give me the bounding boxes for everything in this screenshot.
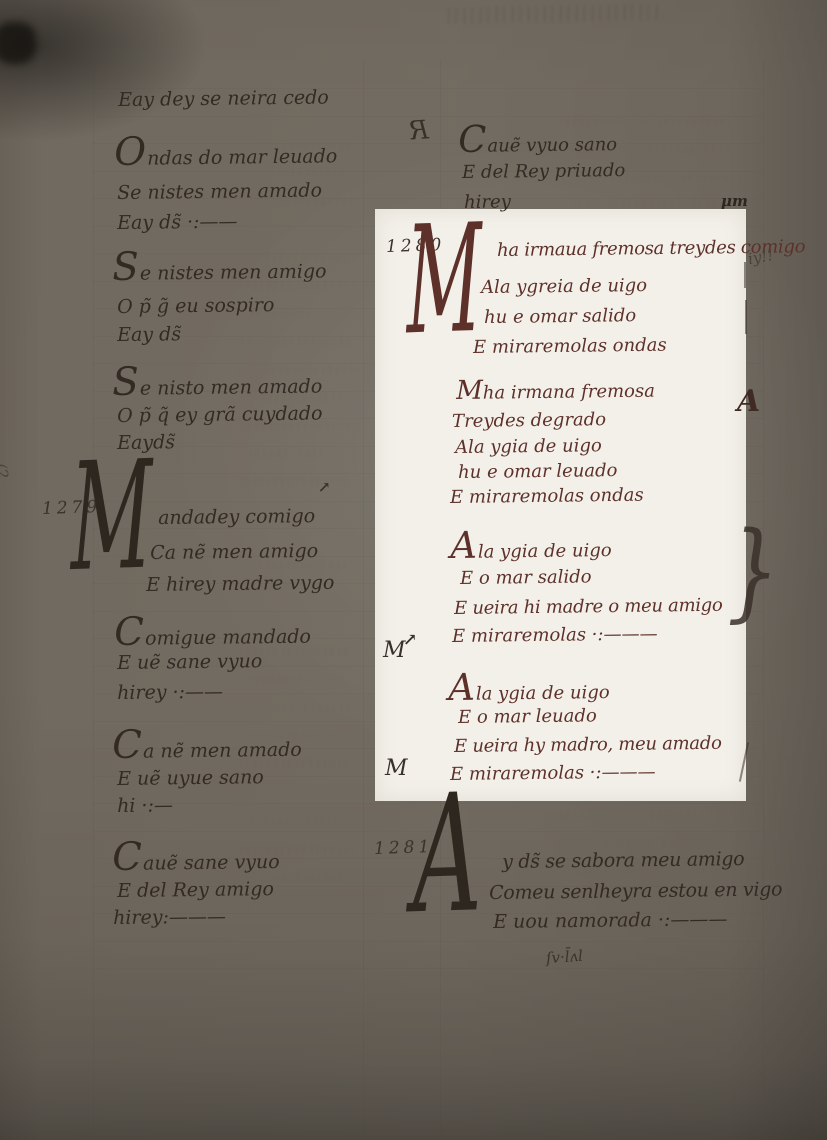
- margin-tick: [745, 300, 747, 334]
- bleedthrough-line: [242, 704, 352, 711]
- verse-line: E uou namorada ·:———: [493, 909, 728, 934]
- bleedthrough-line: [250, 170, 346, 177]
- verse-line: E ueira hi madre o meu amigo: [454, 596, 723, 620]
- verse-line: Se nistes men amado: [117, 180, 322, 204]
- bleedthrough-line: [580, 202, 730, 209]
- verse-line: Ala ygia de uigo: [448, 672, 610, 706]
- bottom-scribal-mark: ſv·l̄ʌl: [545, 947, 583, 968]
- verse-line: Mha irmana fremosa: [456, 379, 655, 405]
- bleedthrough-line: [776, 320, 816, 327]
- margin-note-iy: iy!!: [747, 246, 775, 268]
- illuminated-initial-M-1280: M: [406, 217, 482, 346]
- verse-line: E o mar leuado: [458, 706, 597, 728]
- verse-line: hu e omar salido: [484, 306, 636, 329]
- verse-line: Ala ygia de uigo: [455, 436, 602, 458]
- margin-brace: }: [727, 510, 779, 634]
- verse-line: E hirey madre vygo: [146, 573, 335, 597]
- verse-line: O p̃ q̃ ey grã cuydado: [117, 403, 323, 427]
- verse-line: Ca nẽ men amigo: [150, 541, 318, 565]
- bleedthrough-line: [250, 450, 342, 457]
- illuminated-initial-M-1279: M: [70, 453, 153, 582]
- bleedthrough-line: [250, 676, 342, 683]
- verse-line: hirey ·:——: [117, 682, 223, 705]
- faded-header-inscription: [448, 4, 663, 24]
- verse-line: Ala ygreia de uigo: [481, 276, 647, 299]
- left-edge-fragment: (2: [0, 462, 12, 480]
- illuminated-initial-A-1281: A: [412, 786, 482, 926]
- verse-line: E uẽ uyue sano: [117, 767, 264, 791]
- verse-line: hirey:———: [113, 907, 226, 930]
- pen-arrow-upper: ↗: [318, 478, 331, 496]
- verse-line: Ala ygia de uigo: [450, 530, 612, 564]
- bleedthrough-line: [242, 902, 352, 909]
- verse-line: Ondas do mar leuado: [114, 135, 337, 171]
- ruling-line: [92, 968, 764, 969]
- verse-line: E del Rey amigo: [117, 879, 274, 903]
- verse-line: Eay ds̃ ·:——: [117, 212, 238, 235]
- verse-line: E ueira hy madro, meu amado: [454, 734, 722, 758]
- verse-line: Comigue mandado: [114, 616, 311, 651]
- verse-line: O p̃ g̃ eu sospiro: [117, 295, 275, 319]
- verse-line: Treydes degrado: [452, 410, 606, 433]
- bleedthrough-line: [244, 818, 348, 825]
- manuscript-page: Eay dey se neira cedo Ondas do mar leuad…: [0, 0, 827, 1140]
- verse-line: hu e omar leuado: [458, 461, 618, 484]
- verse-line: Eay dey se neira cedo: [118, 87, 329, 111]
- gutter-letter-m-upper: M: [383, 638, 406, 663]
- column-guide-line: [363, 60, 364, 1140]
- bleedthrough-line: [572, 840, 732, 847]
- bleedthrough-line: [774, 700, 816, 707]
- margin-letter-a: A: [737, 384, 760, 419]
- verse-line: Se nistes men amigo: [112, 250, 327, 285]
- bleedthrough-line: [240, 478, 352, 485]
- pen-mark-top-right: μm: [721, 192, 748, 210]
- ruling-line: [92, 116, 764, 117]
- ruling-line: [92, 171, 764, 172]
- gutter-letter-r: R: [408, 115, 430, 146]
- verse-line: E uẽ sane vyuo: [117, 651, 262, 675]
- gutter-letter-m-lower: M: [385, 756, 408, 781]
- verse-line: E miraremolas ondas: [473, 336, 667, 359]
- verse-line: hi ·:—: [117, 795, 173, 818]
- verse-line: andadey comigo: [158, 506, 315, 530]
- verse-line: y ds̃ se sabora meu amigo: [502, 849, 744, 874]
- verse-line: Ca nẽ men amado: [112, 729, 302, 764]
- bleedthrough-line: [560, 812, 750, 819]
- page-corner-shadow: [0, 22, 36, 64]
- verse-line: Cauẽ sane vyuo: [112, 841, 280, 876]
- verse-line: E o mar salido: [460, 567, 592, 589]
- bleedthrough-line: [774, 430, 818, 437]
- verse-line: Cauẽ vyuo sano: [458, 124, 617, 158]
- verse-line: Comeu senlheyra estou en vigo: [489, 879, 782, 904]
- bleedthrough-line: [242, 338, 354, 345]
- verse-line: Eay ds̃: [117, 324, 181, 347]
- verse-line: E miraremolas ondas: [450, 486, 644, 509]
- verse-line: E miraremolas ·:———: [450, 762, 656, 785]
- verse-line: Se nisto men amado: [112, 365, 322, 400]
- bleedthrough-line: [778, 560, 816, 567]
- verse-line: E del Rey priuado: [462, 161, 625, 184]
- verse-line: E miraremolas ·:———: [452, 624, 658, 647]
- margin-tick: [744, 262, 746, 288]
